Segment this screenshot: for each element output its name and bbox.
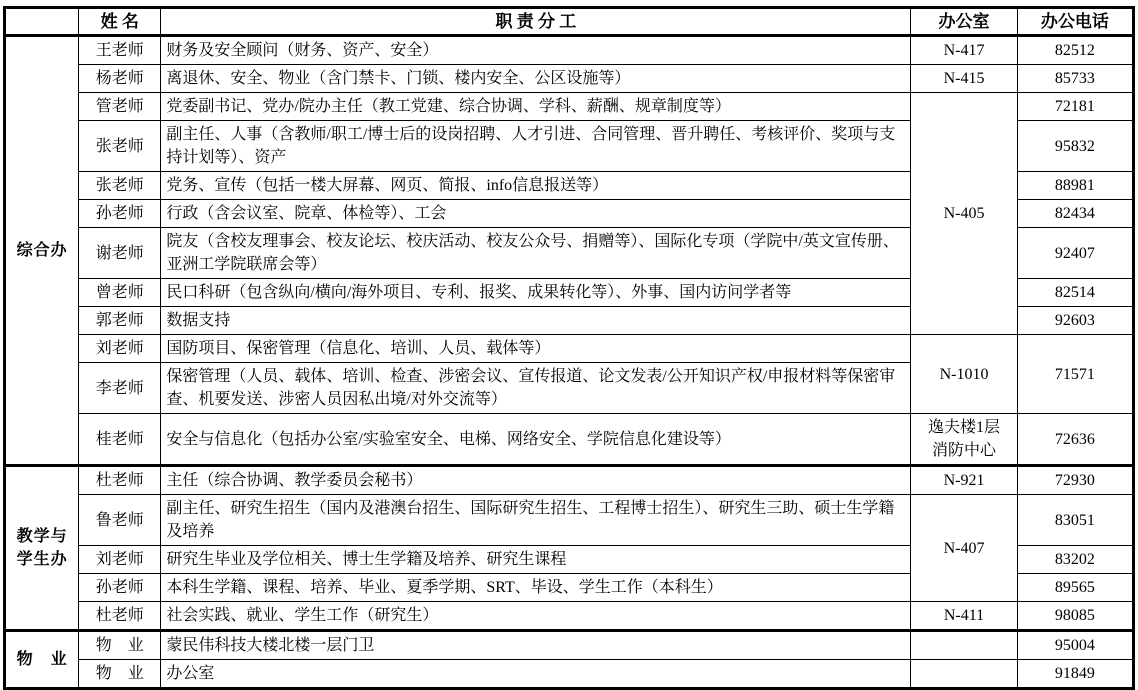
phone-cell: 95004: [1017, 631, 1133, 660]
office-cell: N-407: [911, 495, 1017, 602]
name-cell: 孙老师: [79, 200, 161, 228]
phone-cell: 88981: [1017, 172, 1133, 200]
header-office: 办公室: [911, 8, 1017, 36]
name-cell: 鲁老师: [79, 495, 161, 546]
phone-cell: 91849: [1017, 660, 1133, 689]
group-cell: 综合办: [5, 36, 79, 466]
header-duty: 职 责 分 工: [161, 8, 911, 36]
duty-cell: 财务及安全顾问（财务、资产、安全）: [161, 36, 911, 65]
phone-cell: 95832: [1017, 121, 1133, 172]
duty-cell: 主任（综合协调、教学委员会秘书）: [161, 466, 911, 495]
phone-cell: 72636: [1017, 414, 1133, 466]
table-row: 杨老师离退休、安全、物业（含门禁卡、门锁、楼内安全、公区设施等）N-415857…: [5, 65, 1134, 93]
duty-cell: 民口科研（包含纵向/横向/海外项目、专利、报奖、成果转化等）、外事、国内访问学者…: [161, 279, 911, 307]
duty-cell: 行政（含会议室、院章、体检等）、工会: [161, 200, 911, 228]
table-row: 物 业办公室91849: [5, 660, 1134, 689]
table-row: 桂老师安全与信息化（包括办公室/实验室安全、电梯、网络安全、学院信息化建设等）逸…: [5, 414, 1134, 466]
duty-cell: 党委副书记、党办/院办主任（教工党建、综合协调、学科、薪酬、规章制度等）: [161, 93, 911, 121]
name-cell: 杜老师: [79, 602, 161, 631]
table-row: 刘老师国防项目、保密管理（信息化、培训、人员、载体等）N-101071571: [5, 335, 1134, 363]
duty-cell: 蒙民伟科技大楼北楼一层门卫: [161, 631, 911, 660]
office-cell: N-405: [911, 93, 1017, 335]
name-cell: 李老师: [79, 363, 161, 414]
duty-cell: 社会实践、就业、学生工作（研究生）: [161, 602, 911, 631]
phone-cell: 72930: [1017, 466, 1133, 495]
name-cell: 张老师: [79, 172, 161, 200]
office-cell: N-417: [911, 36, 1017, 65]
phone-cell: 82512: [1017, 36, 1133, 65]
header-group: [5, 8, 79, 36]
phone-cell: 72181: [1017, 93, 1133, 121]
name-cell: 杨老师: [79, 65, 161, 93]
name-cell: 桂老师: [79, 414, 161, 466]
phone-cell: 85733: [1017, 65, 1133, 93]
name-cell: 王老师: [79, 36, 161, 65]
name-cell: 郭老师: [79, 307, 161, 335]
staff-directory-table: 姓 名 职 责 分 工 办公室 办公电话 综合办王老师财务及安全顾问（财务、资产…: [3, 6, 1135, 690]
group-cell: 教学与 学生办: [5, 466, 79, 631]
name-cell: 曾老师: [79, 279, 161, 307]
page: 姓 名 职 责 分 工 办公室 办公电话 综合办王老师财务及安全顾问（财务、资产…: [0, 0, 1138, 631]
office-cell: 逸夫楼1层 消防中心: [911, 414, 1017, 466]
phone-cell: 98085: [1017, 602, 1133, 631]
name-cell: 管老师: [79, 93, 161, 121]
table-row: 管老师党委副书记、党办/院办主任（教工党建、综合协调、学科、薪酬、规章制度等）N…: [5, 93, 1134, 121]
phone-cell: 92603: [1017, 307, 1133, 335]
duty-cell: 副主任、研究生招生（国内及港澳台招生、国际研究生招生、工程博士招生）、研究生三助…: [161, 495, 911, 546]
office-cell: [911, 660, 1017, 689]
table-row: 物 业物 业蒙民伟科技大楼北楼一层门卫95004: [5, 631, 1134, 660]
office-cell: N-1010: [911, 335, 1017, 414]
table-row: 教学与 学生办杜老师主任（综合协调、教学委员会秘书）N-92172930: [5, 466, 1134, 495]
duty-cell: 办公室: [161, 660, 911, 689]
office-cell: [911, 631, 1017, 660]
phone-cell: 92407: [1017, 228, 1133, 279]
name-cell: 物 业: [79, 631, 161, 660]
duty-cell: 本科生学籍、课程、培养、毕业、夏季学期、SRT、毕设、学生工作（本科生）: [161, 574, 911, 602]
table-row: 鲁老师副主任、研究生招生（国内及港澳台招生、国际研究生招生、工程博士招生）、研究…: [5, 495, 1134, 546]
name-cell: 张老师: [79, 121, 161, 172]
table-row: 杜老师社会实践、就业、学生工作（研究生）N-41198085: [5, 602, 1134, 631]
duty-cell: 党务、宣传（包括一楼大屏幕、网页、简报、info信息报送等）: [161, 172, 911, 200]
duty-cell: 保密管理（人员、载体、培训、检查、涉密会议、宣传报道、论文发表/公开知识产权/申…: [161, 363, 911, 414]
phone-cell: 71571: [1017, 335, 1133, 414]
name-cell: 刘老师: [79, 546, 161, 574]
duty-cell: 国防项目、保密管理（信息化、培训、人员、载体等）: [161, 335, 911, 363]
name-cell: 刘老师: [79, 335, 161, 363]
duty-cell: 离退休、安全、物业（含门禁卡、门锁、楼内安全、公区设施等）: [161, 65, 911, 93]
duty-cell: 副主任、人事（含教师/职工/博士后的设岗招聘、人才引进、合同管理、晋升聘任、考核…: [161, 121, 911, 172]
group-cell: 物 业: [5, 631, 79, 689]
duty-cell: 院友（含校友理事会、校友论坛、校庆活动、校友公众号、捐赠等）、国际化专项（学院中…: [161, 228, 911, 279]
header-row: 姓 名 职 责 分 工 办公室 办公电话: [5, 8, 1134, 36]
office-cell: N-411: [911, 602, 1017, 631]
office-cell: N-415: [911, 65, 1017, 93]
table-body: 综合办王老师财务及安全顾问（财务、资产、安全）N-41782512杨老师离退休、…: [5, 36, 1134, 689]
name-cell: 谢老师: [79, 228, 161, 279]
office-cell: N-921: [911, 466, 1017, 495]
table-row: 综合办王老师财务及安全顾问（财务、资产、安全）N-41782512: [5, 36, 1134, 65]
duty-cell: 数据支持: [161, 307, 911, 335]
header-name: 姓 名: [79, 8, 161, 36]
name-cell: 杜老师: [79, 466, 161, 495]
phone-cell: 82514: [1017, 279, 1133, 307]
phone-cell: 89565: [1017, 574, 1133, 602]
phone-cell: 82434: [1017, 200, 1133, 228]
header-phone: 办公电话: [1017, 8, 1133, 36]
name-cell: 孙老师: [79, 574, 161, 602]
name-cell: 物 业: [79, 660, 161, 689]
phone-cell: 83051: [1017, 495, 1133, 546]
duty-cell: 安全与信息化（包括办公室/实验室安全、电梯、网络安全、学院信息化建设等）: [161, 414, 911, 466]
phone-cell: 83202: [1017, 546, 1133, 574]
duty-cell: 研究生毕业及学位相关、博士生学籍及培养、研究生课程: [161, 546, 911, 574]
